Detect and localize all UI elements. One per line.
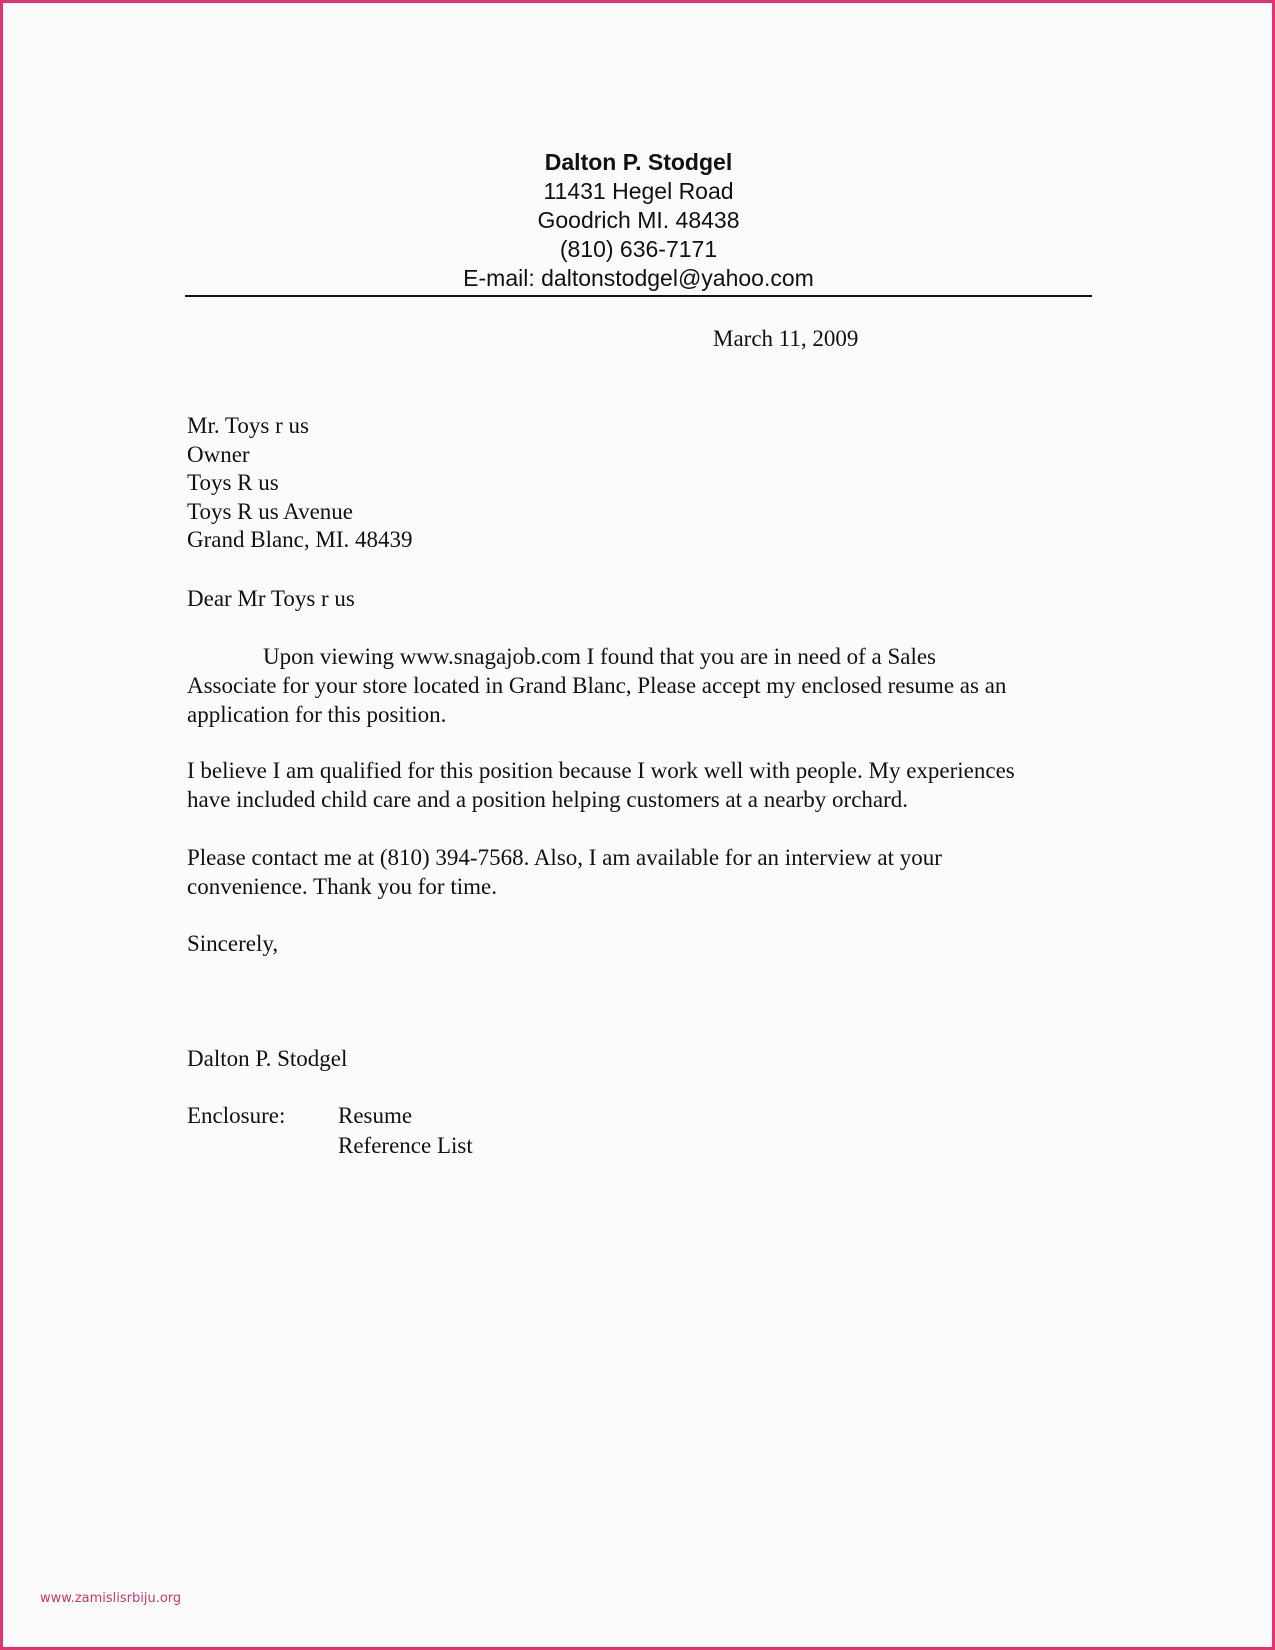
- letter-date: March 11, 2009: [713, 324, 858, 353]
- enclosure-item: Resume: [338, 1101, 473, 1131]
- enclosure-list: Resume Reference List: [338, 1101, 473, 1161]
- recipient-address: Mr. Toys r us Owner Toys R us Toys R us …: [187, 412, 413, 555]
- paragraph-line: Upon viewing www.snagajob.com I found th…: [187, 642, 1006, 671]
- sender-phone: (810) 636-7171: [185, 235, 1092, 264]
- paragraph-line: convenience. Thank you for time.: [187, 872, 942, 901]
- recipient-line: Owner: [187, 441, 413, 470]
- paragraph-line: have included child care and a position …: [187, 785, 1015, 814]
- recipient-line: Grand Blanc, MI. 48439: [187, 526, 413, 555]
- sender-street: 11431 Hegel Road: [185, 177, 1092, 206]
- header-divider: [185, 295, 1092, 297]
- paragraph-3: Please contact me at (810) 394-7568. Als…: [187, 843, 942, 901]
- paragraph-line: Associate for your store located in Gran…: [187, 671, 1006, 700]
- watermark-link[interactable]: www.zamislisrbiju.org: [40, 1591, 181, 1606]
- paragraph-line: I believe I am qualified for this positi…: [187, 756, 1015, 785]
- paragraph-line: application for this position.: [187, 700, 1006, 729]
- letterhead: Dalton P. Stodgel 11431 Hegel Road Goodr…: [185, 148, 1092, 293]
- recipient-line: Mr. Toys r us: [187, 412, 413, 441]
- paragraph-line: Please contact me at (810) 394-7568. Als…: [187, 843, 942, 872]
- recipient-line: Toys R us Avenue: [187, 498, 413, 527]
- signature: Dalton P. Stodgel: [187, 1044, 347, 1073]
- closing: Sincerely,: [187, 929, 278, 958]
- enclosure-item: Reference List: [338, 1131, 473, 1161]
- sender-city: Goodrich MI. 48438: [185, 206, 1092, 235]
- paragraph-2: I believe I am qualified for this positi…: [187, 756, 1015, 814]
- sender-name: Dalton P. Stodgel: [185, 148, 1092, 177]
- salutation: Dear Mr Toys r us: [187, 584, 355, 613]
- enclosure-label: Enclosure:: [187, 1101, 285, 1130]
- recipient-line: Toys R us: [187, 469, 413, 498]
- paragraph-1: Upon viewing www.snagajob.com I found th…: [187, 642, 1006, 729]
- sender-email: E-mail: daltonstodgel@yahoo.com: [185, 264, 1092, 293]
